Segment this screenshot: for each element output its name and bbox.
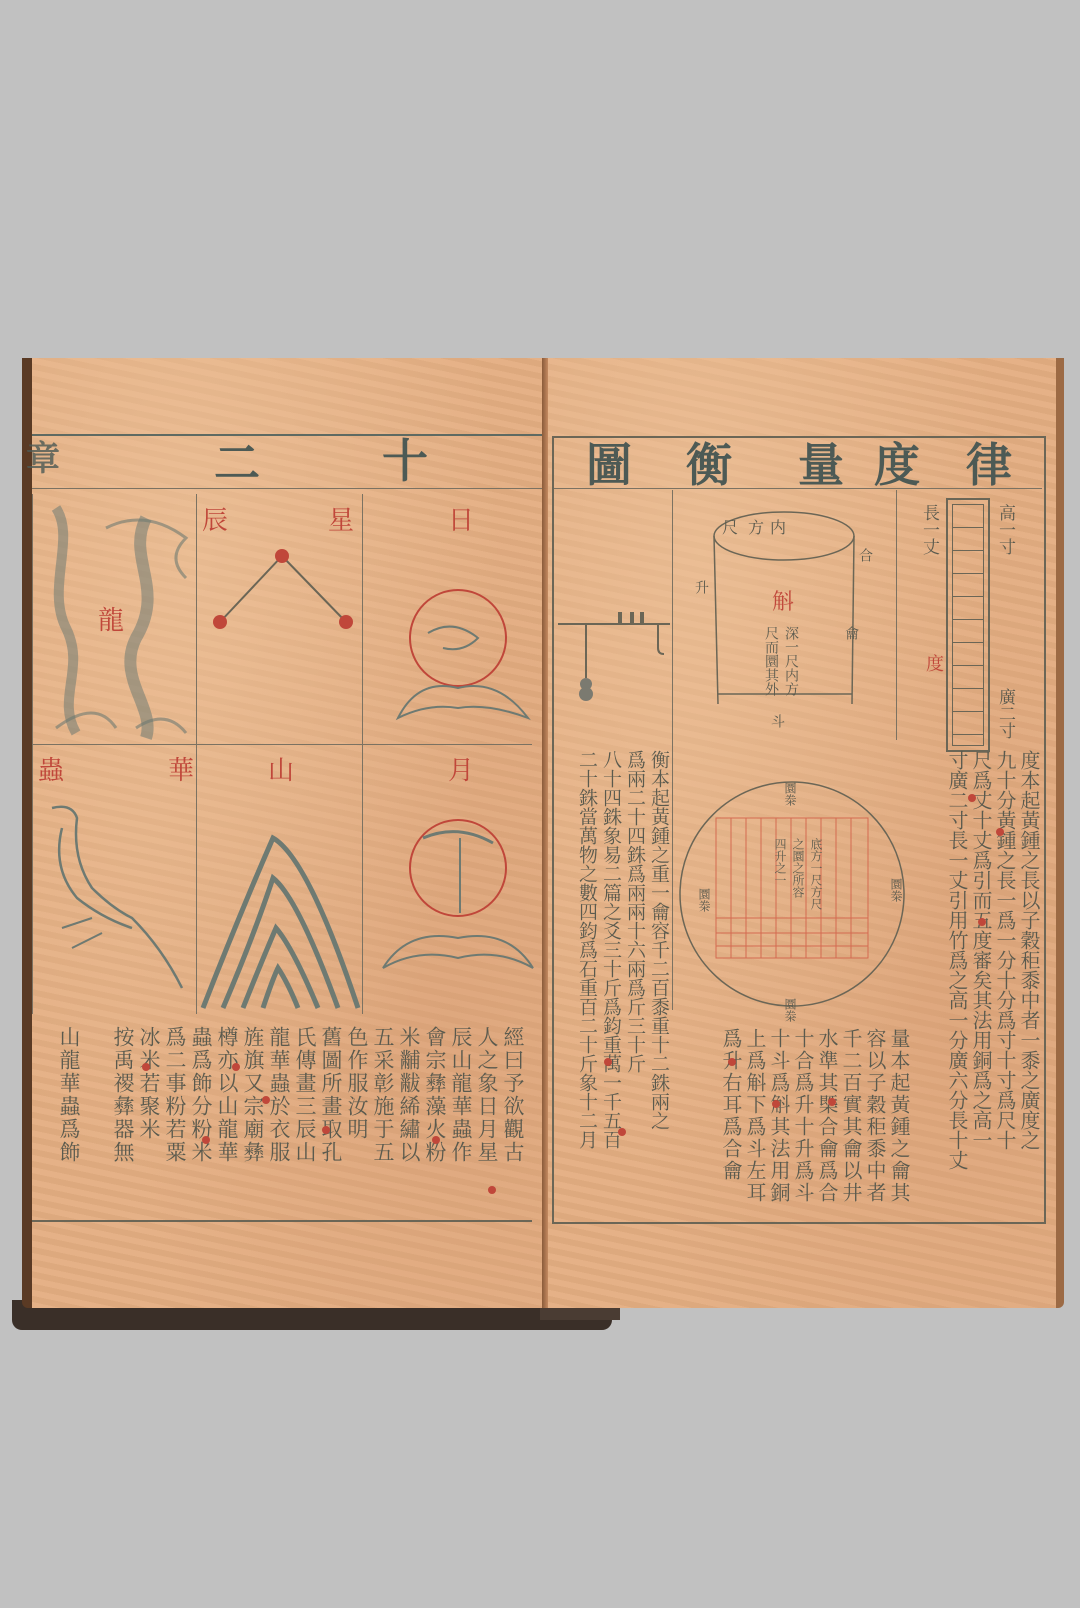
punctuation-dot <box>996 828 1004 836</box>
punctuation-dot <box>604 1058 612 1066</box>
text-column: 爲兩二十四銖爲兩兩十六兩爲斤三十斤 <box>624 750 644 1073</box>
text-column: 上爲斛下爲斗左耳 <box>744 1028 765 1204</box>
title-bottom-rule <box>32 488 556 489</box>
title-char: 圖 <box>586 442 632 488</box>
sun-label: 日 <box>448 508 474 534</box>
text-column: 尺爲丈十丈爲引而五度審矣其法用銅爲之高一 <box>970 750 991 1150</box>
punctuation-dot <box>978 918 986 926</box>
sheng-label: 升 <box>694 580 708 594</box>
book-spread: 章 二 十 龍 辰 星 <box>12 358 1072 1308</box>
pheasant-label-left: 蟲 <box>38 758 64 784</box>
sun-illustration <box>368 578 538 748</box>
text-column: 色作服汝明 <box>346 1026 368 1141</box>
dou-label: 斗 <box>770 714 784 728</box>
text-column: 旌旗又宗廟彝 <box>242 1026 264 1164</box>
grid-inner-text: 底方一尺方尺 <box>810 838 822 910</box>
title-char: 章 <box>26 442 60 476</box>
text-column: 千二百實其龠以井 <box>840 1028 861 1204</box>
title-char: 度 <box>874 442 920 488</box>
text-column: 衡本起黃鍾之重一龠容千二百黍重十二銖兩之 <box>648 750 668 1130</box>
pheasant-label-right: 華 <box>168 758 194 784</box>
text-column: 二十銖當萬物之數四鈞爲石重百二十斤象十二月 <box>576 750 596 1149</box>
mountain-illustration <box>198 818 368 1018</box>
text-column: 十合爲升十升爲斗 <box>792 1028 813 1204</box>
title-char: 十 <box>382 438 428 484</box>
punctuation-dot <box>322 1126 330 1134</box>
punctuation-dot <box>772 1100 780 1108</box>
punctuation-dot <box>142 1063 150 1071</box>
punctuation-dot <box>232 1063 240 1071</box>
text-column: 九十分黃鍾之長一爲一分十分爲寸十寸爲尺十 <box>994 750 1015 1150</box>
text-column: 爲升右耳爲合龠 <box>720 1028 741 1182</box>
punctuation-dot <box>202 1136 210 1144</box>
dragon-label: 龍 <box>98 608 124 634</box>
text-column: 寸廣二寸長一丈引用竹爲之高一分廣六分長十丈 <box>946 750 967 1170</box>
title-char: 量 <box>798 442 844 488</box>
top-border-rule <box>32 434 556 436</box>
punctuation-dot <box>618 1128 626 1136</box>
stars-label-right: 星 <box>328 508 354 534</box>
hu-inner-text: 深一尺内方 <box>784 626 798 696</box>
text-column: 爲二事粉若粟 <box>164 1026 186 1164</box>
punctuation-dot <box>828 1098 836 1106</box>
du-label: 度 <box>926 656 944 674</box>
text-column: 度本起黃鍾之長以子穀秬黍中者一黍之廣度之 <box>1018 750 1039 1150</box>
moon-label: 月 <box>448 758 474 784</box>
punctuation-dot <box>432 1136 440 1144</box>
text-column: 龍華蟲於衣服 <box>268 1026 290 1164</box>
right-page: 圖 衡 量 度 律 <box>548 358 1064 1308</box>
text-column: 按禹禝彝器無 <box>112 1026 134 1164</box>
punctuation-dot <box>262 1096 270 1104</box>
grid-inner-text: 之圜之所容 <box>792 838 804 898</box>
text-column: 樽亦以山龍華 <box>216 1026 238 1164</box>
grid-left-label: 圜桊 <box>698 888 710 912</box>
hu-inner-text: 尺而圜其外 <box>764 626 778 696</box>
hu-label: 斛 <box>772 592 794 614</box>
text-column: 五采彰施于五 <box>372 1026 394 1164</box>
left-page: 章 二 十 龍 辰 星 <box>22 358 556 1308</box>
text-column: 山龍華蟲爲飾 <box>58 1026 80 1164</box>
bottom-border-rule <box>32 1220 532 1222</box>
width-label: 廣二寸 <box>996 688 1013 739</box>
grid-inner-text: 四升之一 <box>774 838 786 886</box>
title-char: 衡 <box>686 442 732 488</box>
hu-top-label: 内 <box>770 520 786 536</box>
text-column: 容以子穀秬黍中者 <box>864 1028 885 1204</box>
punctuation-dot <box>728 1058 736 1066</box>
grid-bottom-label: 圜桊 <box>784 998 796 1022</box>
grid-right-label: 圜桊 <box>890 878 902 902</box>
title-char: 二 <box>214 440 260 486</box>
steelyard-scale-illustration <box>554 598 674 718</box>
constellation-icon <box>200 548 360 668</box>
moon-illustration <box>368 818 538 1018</box>
height-label: 高一寸 <box>996 504 1013 555</box>
text-column: 十斗爲斛其法用銅 <box>768 1028 789 1204</box>
he-label: 合 <box>858 548 872 562</box>
circular-grid-illustration <box>676 778 916 1018</box>
text-column: 八十四銖象易二篇之爻三十斤爲鈞重萬一千五百 <box>600 750 620 1149</box>
title-char: 律 <box>966 442 1012 488</box>
punctuation-dot <box>488 1186 496 1194</box>
text-column: 舊圖所畫取孔 <box>320 1026 342 1164</box>
text-column: 米黼黻絺繡以 <box>398 1026 420 1164</box>
text-column: 蟲爲飾分粉米 <box>190 1026 212 1164</box>
hu-top-label: 尺 <box>722 520 738 536</box>
grid-top-label: 圜桊 <box>784 782 796 806</box>
ruler-outline <box>946 498 990 752</box>
text-column: 辰山龍華蟲作 <box>450 1026 472 1164</box>
text-column: 冰米若聚米 <box>138 1026 160 1141</box>
text-column: 水準其槩合龠爲合 <box>816 1028 837 1204</box>
text-column: 量本起黃鍾之龠其 <box>888 1028 909 1204</box>
text-column: 經曰予欲觀古 <box>502 1026 524 1164</box>
pheasant-illustration <box>32 798 197 998</box>
punctuation-dot <box>968 794 976 802</box>
text-column: 人之象日月星 <box>476 1026 498 1164</box>
mountain-label: 山 <box>268 758 294 784</box>
yue-label: 龠 <box>844 626 858 640</box>
stars-label-left: 辰 <box>202 508 228 534</box>
text-column: 氏傳畫三辰山 <box>294 1026 316 1164</box>
length-label: 長一丈 <box>920 504 937 555</box>
hu-top-label: 方 <box>748 520 764 536</box>
